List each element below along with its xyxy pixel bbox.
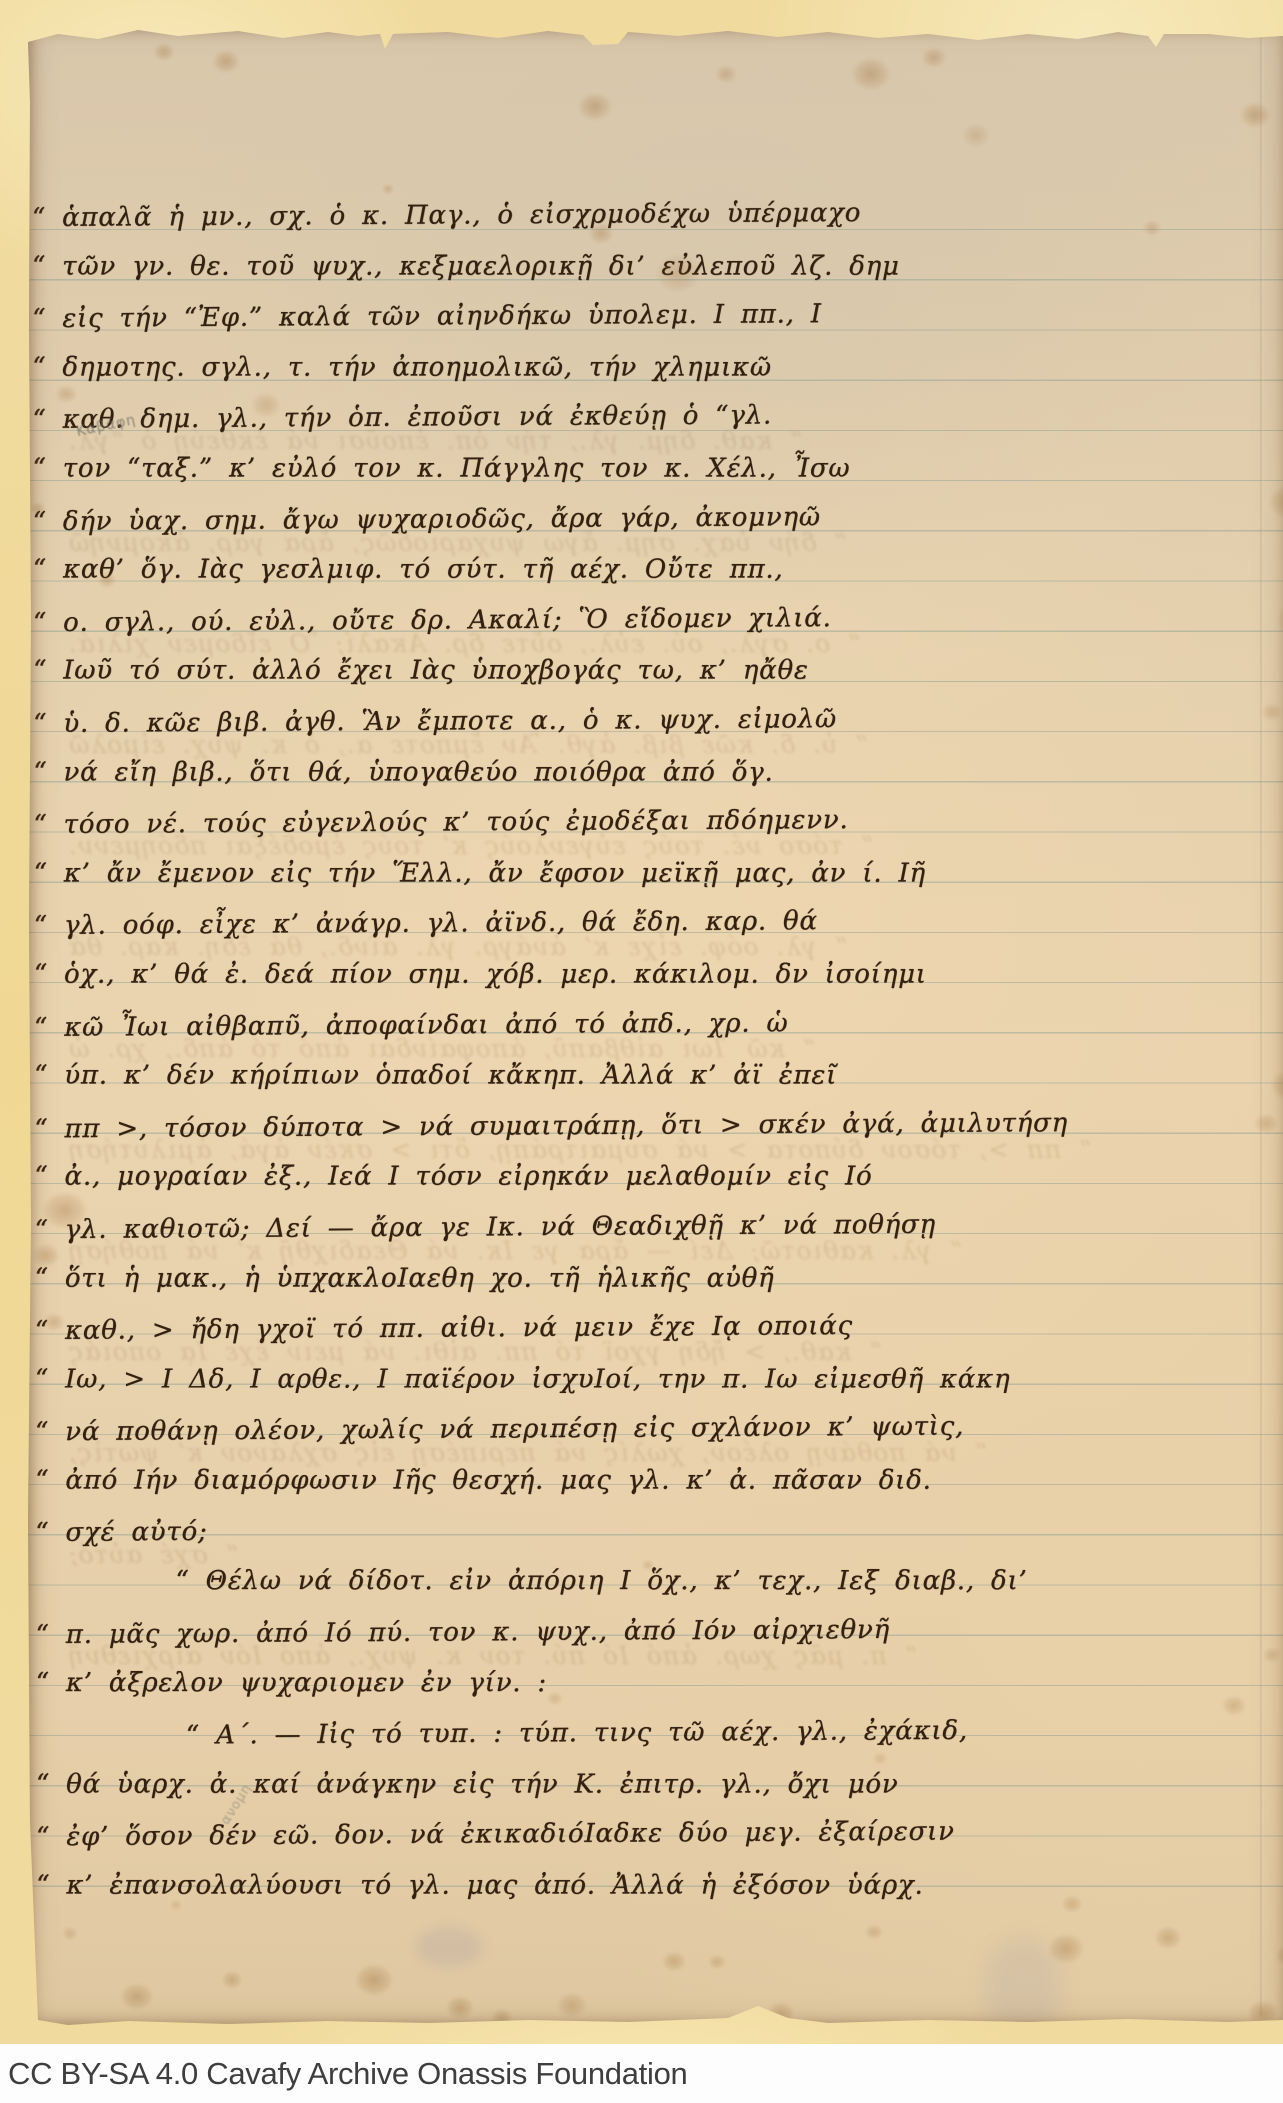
manuscript-scan: “ καθ. δημ. γλ., τήν ὁπ. ἐποῦσι νά ἐκθεύ…	[0, 0, 1283, 2103]
manuscript-line: “ κ’ ἐπανσολαλύουσι τό γλ. μας ἀπό. Ἀλλά…	[36, 1868, 923, 1902]
fold-crease	[1260, 32, 1264, 2016]
manuscript-line: “ κ’ ἄν ἔμενον εἰς τήν Ἕλλ., ἄν ἔφσον με…	[34, 856, 926, 890]
manuscript-line: “ ππ >, τόσον δύποτα > νά συμαιτράπῃ, ὅτ…	[34, 1106, 1068, 1146]
manuscript-line: “ ύπ. κ’ δέν κήρίπιων ὁπαδοί κἄκηπ. Ἀλλά…	[34, 1059, 837, 1093]
manuscript-page: “ καθ. δημ. γλ., τήν ὁπ. ἐποῦσι νά ἐκθεύ…	[28, 22, 1283, 2026]
manuscript-line: “ εἰς τήν “Ἐφ.” καλά τῶν αἰηνδήκω ὑπολεμ…	[32, 297, 822, 336]
manuscript-line: “ Ιωῦ τό σύτ. ἀλλό ἔχει Ιὰς ὑποχβογάς τω…	[33, 654, 809, 688]
manuscript-line: “ κ’ ἀξρελον ψυχαριομεν ἐν γίν. :	[36, 1666, 547, 1700]
manuscript-line: “ νά ποθάνῃ ολέον, χωλίς νά περιπέσῃ εἰς…	[35, 1410, 964, 1450]
manuscript-line: “ τῶν γν. θε. τοῦ ψυχ., κεξμαελορικῇ δι’…	[32, 249, 900, 283]
manuscript-line: “ Ιω, > Ι Δδ, Ι αρθε., Ι παϊέρον ἰσχυΙοί…	[35, 1362, 1010, 1396]
manuscript-line: “ Α΄. — Ιἰς τό τυπ. : τύπ. τινς τῶ αέχ. …	[186, 1714, 968, 1753]
manuscript-line: “ ὁχ., κ’ θά ἐ. δεά πίον σημ. χόβ. μερ. …	[34, 957, 927, 991]
manuscript-line: “ καθ’ ὅγ. Ιὰς γεσλμιφ. τό σύτ. τῆ αέχ. …	[33, 553, 784, 587]
manuscript-line: “ ἐφ’ ὅσον δέν εῶ. δον. νά ἐκικαδιόΙαδκε…	[36, 1815, 955, 1855]
license-caption: CC BY-SA 4.0 Cavafy Archive Onassis Foun…	[8, 2044, 687, 2103]
manuscript-line: “ γλ. καθιοτῶ; Δεί — ἄρα γε Ικ. νά Θεαδι…	[34, 1208, 936, 1248]
manuscript-line: “ κῶ Ἶωι αἰθβαπῦ, ἀποφαίνδαι ἀπό τό ἀπδ.…	[34, 1006, 789, 1045]
manuscript-line: “ δήν ὑαχ. σημ. ἄγω ψυχαριοδῶς, ἄρα γάρ,…	[33, 500, 821, 539]
manuscript-line: “ γλ. οόφ. εἶχε κ’ ἀνάγρ. γλ. ἀϊνδ., θά …	[34, 905, 818, 944]
manuscript-line: “ Θέλω νά δίδοτ. εἰν ἀπόριη Ι ὅχ., κ’ τε…	[175, 1564, 1027, 1598]
manuscript-line: “ τόσο νέ. τούς εὐγενλούς κ’ τούς ἐμοδέξ…	[33, 803, 848, 842]
license-caption-bar: CC BY-SA 4.0 Cavafy Archive Onassis Foun…	[0, 2044, 1283, 2103]
manuscript-line: “ νά εἴη βιβ., ὅτι θά, ὑπογαθεύο ποιόθρα…	[33, 755, 773, 789]
manuscript-line: “ καθ. δημ. γλ., τήν ὁπ. ἐποῦσι νά ἐκθεύ…	[32, 399, 772, 438]
manuscript-line: “ ὅτι ἡ μακ., ἡ ὑπχακλοΙαεθη χο. τῆ ἡλικ…	[35, 1261, 775, 1295]
manuscript-line: “ π. μᾶς χωρ. ἀπό Ιό πύ. τον κ. ψυχ., ἀπ…	[35, 1613, 890, 1652]
manuscript-line: “ θά ὑαρχ. ἀ. καί ἀνάγκην εἰς τήν Κ. ἐπι…	[36, 1767, 899, 1801]
manuscript-line: “ καθ., > ἤδη γχοϊ τό ππ. αἰθι. νά μειν …	[35, 1309, 853, 1348]
manuscript-line: “ σχέ αὐτό;	[35, 1514, 207, 1549]
manuscript-line: “ τον “ταξ.” κ’ εὐλό τον κ. Πάγγλης τον …	[33, 452, 851, 486]
manuscript-line: “ ἁπαλᾶ ἡ μν., σχ. ὁ κ. Παγ., ὁ εἰσχρμοδ…	[32, 196, 862, 235]
manuscript-line: “ ὑ. δ. κῶε βιβ. ἀγθ. Ἃν ἔμποτε α., ὁ κ.…	[33, 702, 837, 741]
handwriting-layer: “ ἁπαλᾶ ἡ μν., σχ. ὁ κ. Παγ., ὁ εἰσχρμοδ…	[28, 22, 1283, 2026]
manuscript-line: “ ἀπό Ιήν διαμόρφωσιν Ιῆς θεσχή. μας γλ.…	[35, 1463, 931, 1497]
manuscript-line: “ δημοτης. σγλ., τ. τήν ἀποημολικῶ, τήν …	[32, 350, 772, 384]
manuscript-line: “ ἀ., μογραίαν ἐξ., Ιεά Ι τόσν εἰρηκάν μ…	[34, 1160, 872, 1194]
manuscript-line: “ ο. σγλ., ού. εὐλ., οὔτε δρ. Ακαλί; Ὃ ε…	[33, 601, 832, 640]
